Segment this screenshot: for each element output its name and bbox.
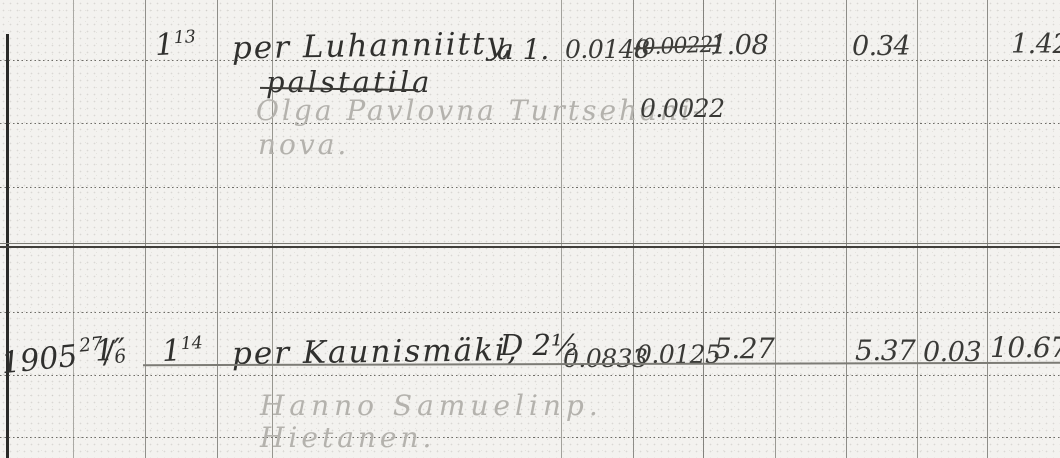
- grid-hline-dotted: [0, 437, 1060, 439]
- owner-name-line: Hanno Samuelinp.: [260, 392, 603, 420]
- grid-hline-dotted: [0, 312, 1060, 314]
- share-note: a 1.: [497, 36, 549, 64]
- grid-vline: [987, 0, 988, 458]
- owner-name-line: Olga Pavlovna Turtsehani-: [256, 97, 705, 125]
- parcel-number: 113: [154, 29, 197, 61]
- mantal-old-value-struck: (0.0022): [634, 35, 721, 60]
- grid-vline: [775, 0, 776, 458]
- tax-value: 10.67: [990, 334, 1060, 362]
- grid-vline: [145, 0, 146, 458]
- owner-name-line: Hietanen.: [260, 424, 435, 452]
- grid-hline-dotted: [0, 187, 1060, 189]
- tax-value: 1.08: [710, 32, 768, 59]
- tax-value: 5.37: [855, 337, 915, 365]
- parcel-number-superscript: 14: [180, 333, 203, 354]
- parcel-number-base: 1: [154, 27, 175, 63]
- grid-vline: [633, 0, 634, 458]
- grid-vline: [917, 0, 918, 458]
- mantal-value: 0.0833: [563, 346, 647, 371]
- tax-value: 1.42: [1011, 31, 1060, 58]
- ledger-scan-page: 113 per Luhanniitty, a 1. palstatila Olg…: [0, 0, 1060, 458]
- tax-value: 0.34: [852, 33, 910, 60]
- tax-value: 5.27: [714, 335, 774, 363]
- owner-name-line: nova.: [258, 131, 349, 159]
- grid-vline: [73, 0, 74, 458]
- section-divider-line: [0, 246, 1060, 248]
- grid-vline: [846, 0, 847, 458]
- property-name: per Luhanniitty,: [232, 29, 514, 65]
- mantal-correction-value: 0.0022: [640, 96, 724, 121]
- grid-hline-dotted: [0, 375, 1060, 377]
- parcel-number: 114: [161, 335, 204, 367]
- struck-word: palstatila: [266, 68, 432, 97]
- ditto-mark: 1″: [94, 335, 126, 367]
- parcel-number-superscript: 13: [173, 27, 196, 48]
- grid-vline: [703, 0, 704, 458]
- grid-vline: [217, 0, 218, 458]
- section-divider-line: [0, 243, 1060, 244]
